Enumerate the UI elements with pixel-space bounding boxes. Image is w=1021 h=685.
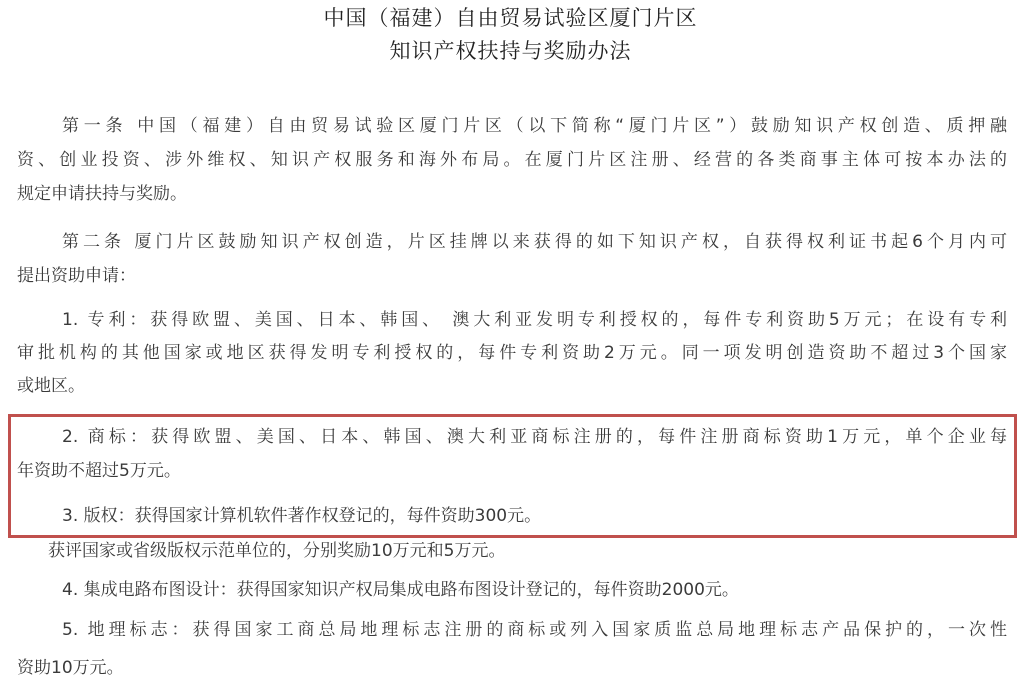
item-copyright-line1: 3. 版权：获得国家计算机软件著作权登记的，每件资助300元。 xyxy=(62,505,541,527)
article-1-line2: 资、创业投资、涉外维权、知识产权服务和海外布局。在厦门片区注册、经营的各类商事主… xyxy=(17,149,1007,171)
article-1-line3: 规定申请扶持与奖励。 xyxy=(17,183,187,205)
document-title-line2: 知识产权扶持与奖励办法 xyxy=(0,35,1021,65)
item-geo-indication-line2: 资助10万元。 xyxy=(17,657,124,679)
item-ic-layout-line1: 4. 集成电路布图设计：获得国家知识产权局集成电路布图设计登记的，每件资助200… xyxy=(62,579,739,601)
item-trademark-line1: 2. 商标：获得欧盟、美国、日本、韩国、澳大利亚商标注册的，每件注册商标资助1万… xyxy=(62,426,1007,448)
item-copyright-line2: 获评国家或省级版权示范单位的，分别奖励10万元和5万元。 xyxy=(48,540,505,562)
document-title-line1: 中国（福建）自由贸易试验区厦门片区 xyxy=(0,2,1021,32)
item-geo-indication-line1: 5. 地理标志：获得国家工商总局地理标志注册的商标或列入国家质监总局地理标志产品… xyxy=(62,619,1007,641)
article-2-line2: 提出资助申请： xyxy=(17,265,136,287)
item-patent-line1: 1. 专利：获得欧盟、美国、日本、韩国、 澳大利亚发明专利授权的，每件专利资助5… xyxy=(62,309,1007,331)
item-patent-line2: 审批机构的其他国家或地区获得发明专利授权的，每件专利资助2万元。同一项发明创造资… xyxy=(17,342,1007,364)
article-2-line1: 第二条 厦门片区鼓励知识产权创造，片区挂牌以来获得的如下知识产权，自获得权利证书… xyxy=(62,231,1007,253)
item-trademark-line2: 年资助不超过5万元。 xyxy=(17,460,181,482)
article-1-line1: 第一条 中国（福建）自由贸易试验区厦门片区（以下简称“厦门片区”）鼓励知识产权创… xyxy=(62,115,1007,137)
item-patent-line3: 或地区。 xyxy=(17,375,85,397)
